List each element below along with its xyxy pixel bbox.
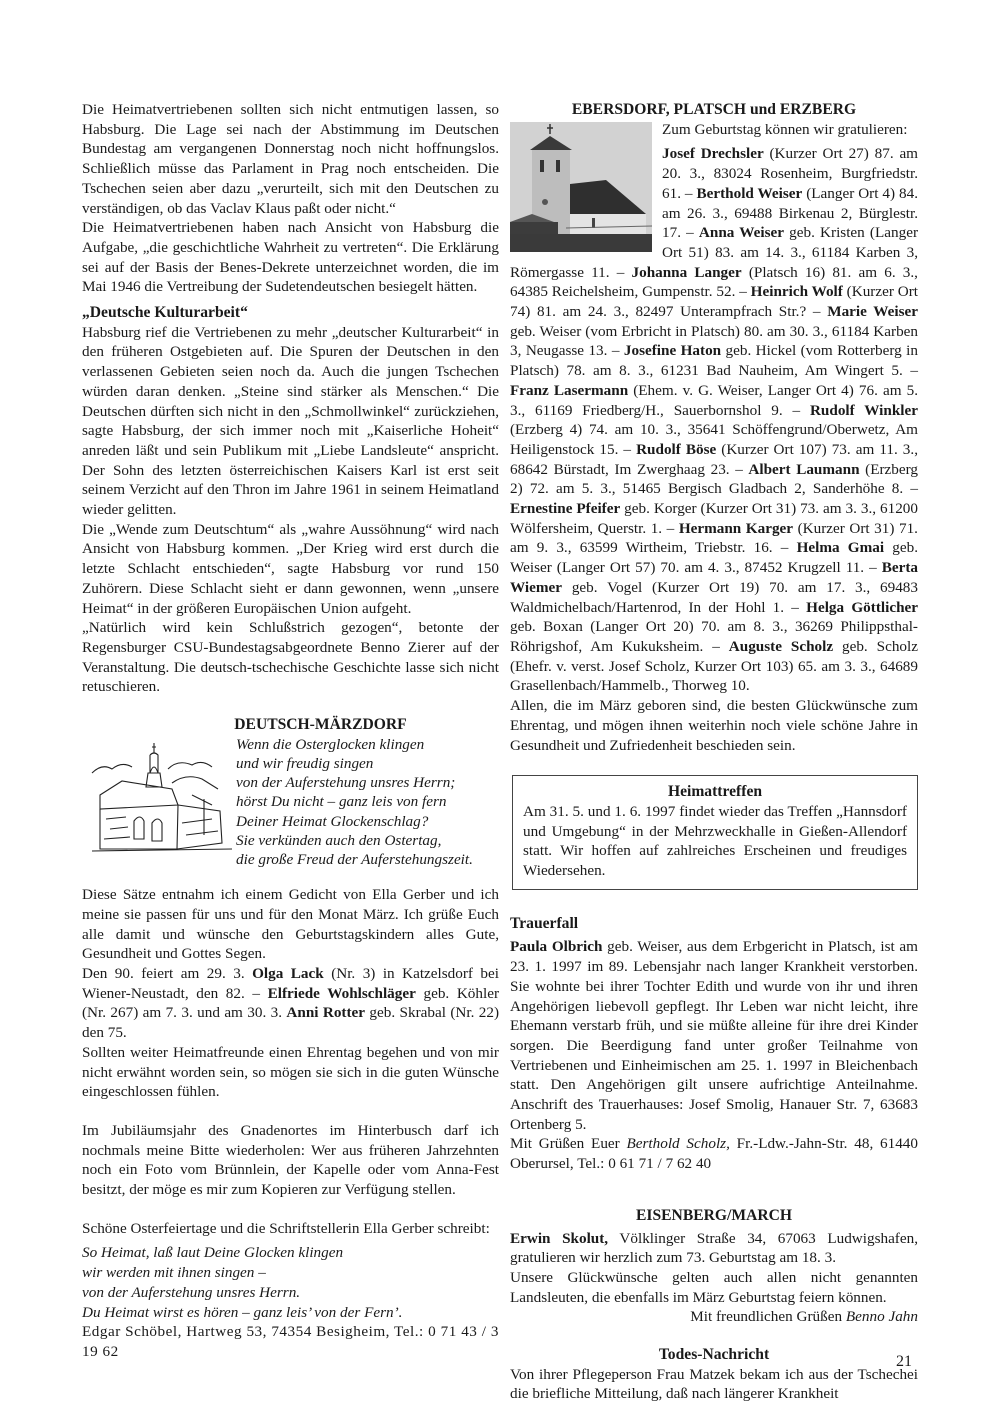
chapel-sketch-image	[82, 739, 232, 859]
paragraph: Schöne Osterfeiertage und die Schriftste…	[82, 1219, 499, 1239]
paragraph: Die „Wende zum Deutschtum“ als „wahre Au…	[82, 520, 499, 619]
church-photo	[510, 122, 652, 252]
section-heading-ebersdorf: EBERSDORF, PLATSCH und ERZBERG	[510, 100, 918, 120]
poem-line: Sie verkünden auch den Ostertag,	[236, 831, 499, 850]
paragraph: Sollten weiter Heimatfreunde einen Ehren…	[82, 1043, 499, 1102]
subheading-trauerfall: Trauerfall	[510, 914, 918, 934]
paragraph: Von ihrer Pflegeperson Frau Matzek bekam…	[510, 1365, 918, 1404]
verse-line: von der Auferstehung unsres Herrn.	[82, 1283, 499, 1303]
signature: Edgar Schöbel, Hartweg 53, 74354 Besighe…	[82, 1322, 499, 1361]
verse-line: Du Heimat wirst es hören – ganz leis’ vo…	[82, 1303, 499, 1323]
person-name: Elfriede Wohlschläger	[268, 985, 416, 1002]
paragraph: Unsere Glückwünsche gelten auch allen ni…	[510, 1268, 918, 1307]
person-name: Anni Rotter	[286, 1004, 365, 1021]
left-column: Die Heimatvertriebenen sollten sich nich…	[82, 100, 499, 1362]
verse-line: So Heimat, laß laut Deine Glocken klinge…	[82, 1243, 499, 1263]
obituary: Paula Olbrich geb. Weiser, aus dem Erbge…	[510, 937, 918, 1134]
person-name: Erwin Skolut,	[510, 1230, 608, 1247]
poem-block: Wenn die Osterglocken klingen und wir fr…	[82, 735, 499, 869]
person-name: Paula Olbrich	[510, 938, 602, 955]
section-heading-maerzdorf: DEUTSCH-MÄRZDORF	[82, 715, 499, 735]
paragraph: Die Heimatvertriebenen sollten sich nich…	[82, 100, 499, 218]
signature: Mit freundlichen Grüßen Benno Jahn	[510, 1307, 918, 1327]
box-text: Am 31. 5. und 1. 6. 1997 findet wieder d…	[523, 802, 907, 881]
paragraph: „Natürlich wird kein Schlußstrich gezoge…	[82, 618, 499, 697]
verse: So Heimat, laß laut Deine Glocken klinge…	[82, 1243, 499, 1322]
paragraph: Allen, die im März geboren sind, die bes…	[510, 696, 918, 755]
poem-line: hörst Du nicht – ganz leis von fern	[236, 792, 499, 811]
right-column: EBERSDORF, PLATSCH und ERZBERG Zum Gebur…	[510, 100, 918, 1404]
poem: Wenn die Osterglocken klingen und wir fr…	[232, 735, 499, 869]
birthday-paragraph: Den 90. feiert am 29. 3. Olga Lack (Nr. …	[82, 964, 499, 1043]
paragraph: Die Heimatvertriebenen haben nach Ansich…	[82, 218, 499, 297]
verse-line: wir werden mit ihnen singen –	[82, 1263, 499, 1283]
heimattreffen-box: Heimattreffen Am 31. 5. und 1. 6. 1997 f…	[512, 775, 918, 890]
poem-line: Wenn die Osterglocken klingen	[236, 735, 499, 754]
poem-line: die große Freud der Auferstehungszeit.	[236, 850, 499, 869]
church-photo-image	[510, 122, 652, 252]
subheading-kulturarbeit: „Deutsche Kulturarbeit“	[82, 303, 499, 323]
box-heading: Heimattreffen	[523, 782, 907, 802]
paragraph: Diese Sätze entnahm ich einem Gedicht vo…	[82, 885, 499, 964]
paragraph: Im Jubiläumsjahr des Gnadenortes im Hint…	[82, 1121, 499, 1200]
section-heading-eisenberg: EISENBERG/MARCH	[510, 1206, 918, 1226]
poem-line: und wir freudig singen	[236, 754, 499, 773]
paragraph: Erwin Skolut, Völklinger Straße 34, 6706…	[510, 1229, 918, 1268]
paragraph: Habsburg rief die Vertriebenen zu mehr „…	[82, 323, 499, 520]
poem-line: von der Auferstehung unsres Herrn;	[236, 773, 499, 792]
page-number: 21	[896, 1353, 912, 1371]
poem-line: Deiner Heimat Glockenschlag?	[236, 812, 499, 831]
subheading-todes-nachricht: Todes-Nachricht	[510, 1345, 918, 1365]
person-name: Olga Lack	[252, 965, 324, 982]
signature: Mit Grüßen Euer Berthold Scholz, Fr.-Ldw…	[510, 1134, 918, 1173]
